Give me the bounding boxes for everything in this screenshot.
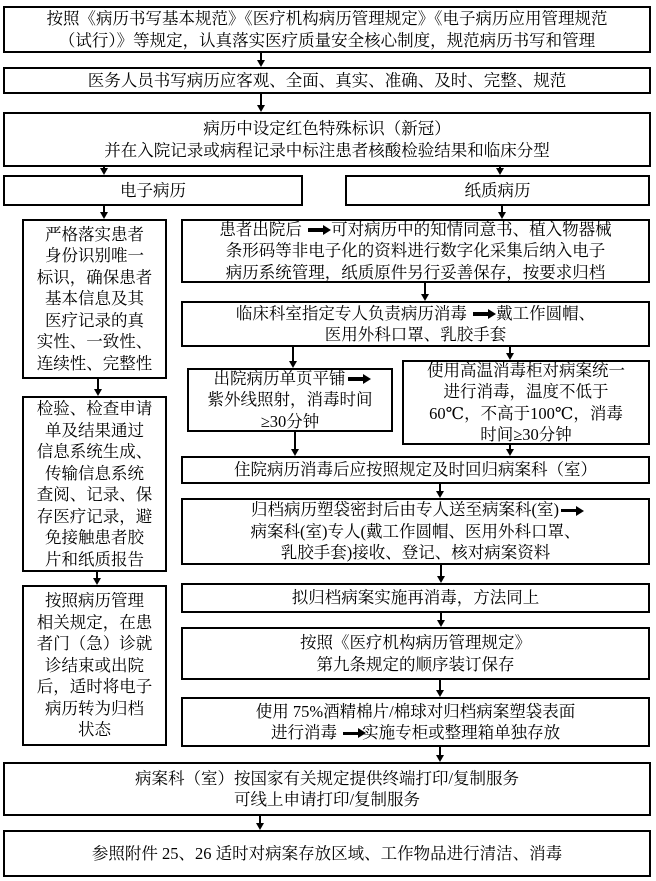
flow-node-line: 者门（急）诊就: [37, 633, 153, 655]
flow-node-line: 住院病历消毒后应按照规定及时回归病案科（室）: [234, 459, 597, 481]
node-identity-unique-id: 严格落实患者身份识别唯一标识，确保患者基本信息及其医疗记录的真实性、一致性、连续…: [22, 219, 167, 379]
down-arrow-icon: [294, 432, 296, 449]
flow-node-text: 进行消毒: [271, 723, 341, 742]
flow-node-line: 医务人员书写病历应客观、全面、真实、准确、及时、完整、规范: [88, 70, 567, 92]
down-arrow-icon: [292, 347, 294, 361]
node-designated-disinfector: 临床科室指定专人负责病历消毒 戴工作圆帽、医用外科口罩、乳胶手套: [181, 301, 650, 347]
node-info-system-records: 检验、检查申请单及结果通过信息系统生成、传输信息系统查阅、记录、保存医疗记录，避…: [22, 396, 167, 572]
flow-node-line: 使用高温消毒柜对病案统一: [427, 360, 625, 382]
flow-node-line: 后，适时将电子: [37, 676, 153, 698]
flow-node-line: 实性、一致性、: [37, 331, 153, 353]
flow-node-line: 使用 75%酒精棉片/棉球对归档病案塑袋表面: [256, 701, 575, 723]
node-paper-record: 纸质病历: [345, 175, 650, 206]
down-arrow-icon: [440, 613, 442, 620]
flow-node-text: 临床科室指定专人负责病历消毒: [236, 304, 471, 323]
node-binding-order: 按照《医疗机构病历管理规定》第九条规定的顺序装订保存: [181, 627, 650, 680]
flow-node-line: ≥30分钟: [261, 411, 320, 433]
down-arrow-icon: [439, 680, 441, 690]
flow-node-line: 病历系统管理，纸质原件另行妥善保存，按要求归档: [226, 262, 606, 284]
right-arrow-icon: [473, 312, 488, 316]
flow-node-line: 连续性、完整性: [37, 353, 153, 375]
flow-node-text: 患者出院后: [219, 220, 306, 239]
flow-node-line: 信息系统生成、: [37, 441, 153, 463]
down-arrow-icon: [260, 53, 262, 60]
flow-node-line: 按照病历管理: [45, 590, 144, 612]
node-uv-disinfection: 出院病历单页平铺紫外线照射，消毒时间≥30分钟: [187, 368, 393, 432]
flow-node-line: （试行）》等规定，认真落实医疗质量安全核心制度，规范病历书写和管理: [59, 30, 595, 52]
flow-node-line: 拟归档病案实施再消毒，方法同上: [292, 587, 540, 609]
right-arrow-icon: [561, 509, 576, 513]
flow-node-line: 时间≥30分钟: [480, 424, 572, 446]
flow-node-line: 片和纸质报告: [45, 549, 144, 571]
flow-node-line: 病案科（室）按国家有关规定提供终端打印/复制服务: [135, 768, 519, 790]
down-arrow-icon: [509, 347, 511, 353]
flow-node-line: 紫外线照射，消毒时间: [208, 389, 373, 411]
flow-node-line: 条形码等非电子化的资料进行数字化采集后纳入电子: [226, 240, 606, 262]
flow-node-line: 检验、检查申请: [37, 398, 153, 420]
flow-node-text: 可对病历中的知情同意书、植入物器械: [327, 220, 612, 239]
flow-node-line: 患者出院后 可对病历中的知情同意书、植入物器械: [219, 219, 611, 241]
down-arrow-icon: [439, 747, 441, 755]
flow-node-line: 单及结果通过: [45, 420, 144, 442]
flow-node-line: 进行消毒，温度不低于: [444, 381, 609, 403]
node-writing-standards: 医务人员书写病历应客观、全面、真实、准确、及时、完整、规范: [3, 67, 651, 94]
node-archive-status: 按照病历管理相关规定，在患者门（急）诊就诊结束或出院后，适时将电子病历转为归档状…: [22, 585, 167, 746]
flow-node-line: 并在入院记录或病程记录中标注患者核酸检验结果和临床分型: [104, 140, 550, 162]
flow-node-line: 相关规定，在患: [37, 612, 153, 634]
flow-node-line: 进行消毒 实施专柜或整理箱单独存放: [271, 722, 560, 744]
right-arrow-icon: [308, 228, 323, 232]
down-arrow-icon: [96, 572, 98, 578]
flow-node-line: 传输信息系统: [45, 463, 144, 485]
flow-node-line: 病案科(室)专人(戴工作圆帽、医用外科口罩、: [251, 521, 581, 543]
down-arrow-icon: [499, 167, 501, 168]
down-arrow-icon: [509, 445, 511, 449]
node-area-cleaning: 参照附件 25、26 适时对病案存放区域、工作物品进行清洁、消毒: [3, 830, 651, 877]
node-sealed-delivery: 归档病历塑袋密封后由专人送至病案科(室)病案科(室)专人(戴工作圆帽、医用外科口…: [181, 498, 650, 565]
flow-node-line: 参照附件 25、26 适时对病案存放区域、工作物品进行清洁、消毒: [92, 843, 562, 865]
down-arrow-icon: [259, 816, 261, 823]
down-arrow-icon: [97, 379, 99, 389]
down-arrow-icon: [501, 206, 503, 212]
node-re-disinfection: 拟归档病案实施再消毒，方法同上: [181, 583, 650, 613]
flow-node-line: 状态: [78, 719, 111, 741]
node-high-temp-disinfection: 使用高温消毒柜对病案统一进行消毒，温度不低于60℃，不高于100℃，消毒时间≥3…: [402, 360, 650, 445]
flow-node-text: 出院病历单页平铺: [214, 369, 346, 388]
flow-node-line: 查阅、记录、保: [37, 484, 153, 506]
node-alcohol-wipe-storage: 使用 75%酒精棉片/棉球对归档病案塑袋表面进行消毒 实施专柜或整理箱单独存放: [181, 697, 650, 747]
down-arrow-icon: [440, 565, 442, 576]
node-print-copy-service: 病案科（室）按国家有关规定提供终端打印/复制服务可线上申请打印/复制服务: [3, 762, 651, 816]
down-arrow-icon: [103, 167, 105, 168]
flow-node-line: 医疗记录的真: [45, 310, 144, 332]
flow-node-line: 临床科室指定专人负责病历消毒 戴工作圆帽、: [236, 303, 595, 325]
node-digitize-after-discharge: 患者出院后 可对病历中的知情同意书、植入物器械条形码等非电子化的资料进行数字化采…: [181, 219, 650, 283]
flow-node-line: 出院病历单页平铺: [214, 368, 367, 390]
node-return-to-records-dept: 住院病历消毒后应按照规定及时回归病案科（室）: [181, 456, 650, 484]
down-arrow-icon: [260, 94, 262, 105]
flow-node-line: 纸质病历: [465, 180, 531, 202]
flow-node-line: 身份识别唯一: [45, 245, 144, 267]
flow-node-line: 病历转为归档: [45, 698, 144, 720]
down-arrow-icon: [439, 484, 441, 491]
flow-node-line: 电子病历: [120, 180, 186, 202]
down-arrow-icon: [424, 283, 426, 294]
flow-node-line: 第九条规定的顺序装订保存: [317, 654, 515, 676]
down-arrow-icon: [103, 206, 105, 212]
flow-node-line: 严格落实患者: [45, 224, 144, 246]
flow-node-line: 诊结束或出院: [45, 655, 144, 677]
node-regulations: 按照《病历书写基本规范》《医疗机构病历管理规定》《电子病历应用管理规范（试行）》…: [3, 6, 651, 53]
right-arrow-icon: [348, 377, 363, 381]
flow-node-line: 归档病历塑袋密封后由专人送至病案科(室): [251, 499, 580, 521]
flow-node-text: 归档病历塑袋密封后由专人送至病案科(室): [251, 500, 559, 519]
flow-node-line: 免接触患者胶: [45, 527, 144, 549]
flow-node-line: 按照《病历书写基本规范》《医疗机构病历管理规定》《电子病历应用管理规范: [47, 8, 608, 30]
node-red-special-label: 病历中设定红色特殊标识（新冠）并在入院记录或病程记录中标注患者核酸检验结果和临床…: [3, 112, 651, 167]
flow-node-text: 实施专柜或整理箱单独存放: [362, 723, 560, 742]
flow-node-line: 乳胶手套)接收、登记、核对病案资料: [281, 542, 551, 564]
flowchart: 按照《病历书写基本规范》《医疗机构病历管理规定》《电子病历应用管理规范（试行）》…: [0, 0, 656, 881]
right-arrow-icon: [343, 732, 358, 736]
flow-node-line: 标识，确保患者: [37, 267, 153, 289]
flow-node-line: 医用外科口罩、乳胶手套: [325, 324, 507, 346]
flow-node-line: 60℃，不高于100℃，消毒: [429, 403, 623, 425]
flow-node-line: 可线上申请打印/复制服务: [234, 789, 420, 811]
flow-node-line: 基本信息及其: [45, 288, 144, 310]
flow-node-text: 戴工作圆帽、: [492, 304, 595, 323]
node-electronic-record: 电子病历: [3, 175, 303, 206]
flow-node-line: 病历中设定红色特殊标识（新冠）: [203, 118, 451, 140]
flow-node-line: 存医疗记录，避: [37, 506, 153, 528]
flow-node-line: 按照《医疗机构病历管理规定》: [300, 632, 531, 654]
